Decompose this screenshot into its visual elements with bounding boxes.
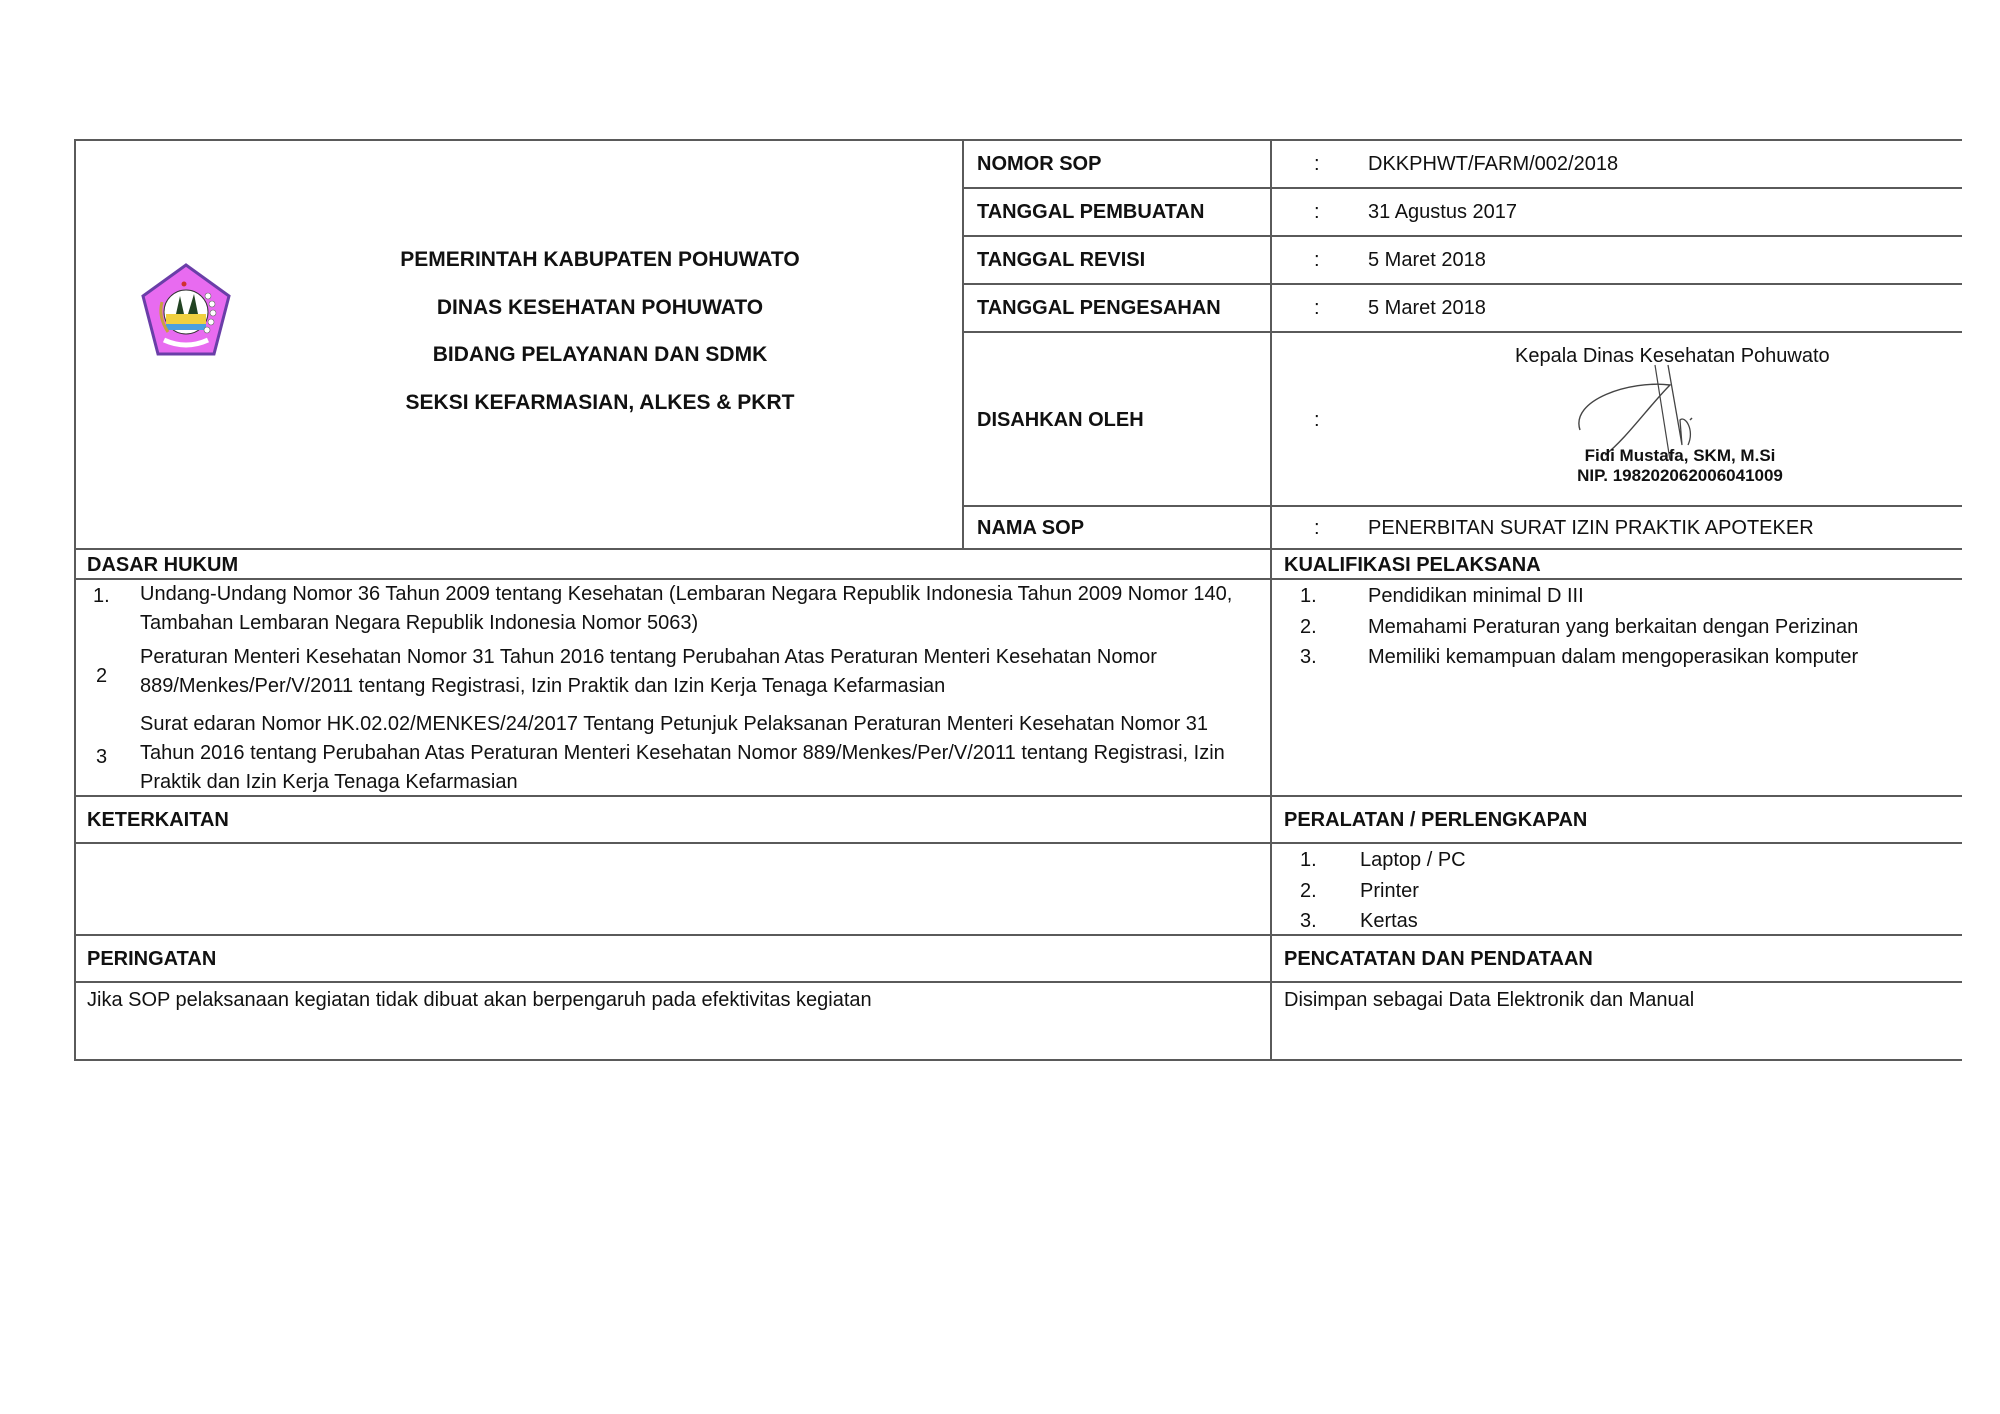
list-number: 2. xyxy=(1300,615,1317,639)
list-item: Surat edaran Nomor HK.02.02/MENKES/24/20… xyxy=(140,710,1266,797)
list-item: Peraturan Menteri Kesehatan Nomor 31 Tah… xyxy=(140,643,1260,701)
info-value: 5 Maret 2018 xyxy=(1368,296,1486,320)
approver-name: Fidi Mustafa, SKM, M.Si xyxy=(1530,446,1830,466)
info-value: PENERBITAN SURAT IZIN PRAKTIK APOTEKER xyxy=(1368,516,1814,540)
info-separator: : xyxy=(1314,296,1320,320)
org-line-division: BIDANG PELAYANAN DAN SDMK xyxy=(280,343,920,367)
row-divider xyxy=(74,548,1962,550)
section-title: PERINGATAN xyxy=(87,947,216,971)
row-divider xyxy=(962,283,1962,285)
list-item: Memiliki kemampuan dalam mengoperasikan … xyxy=(1368,645,1858,669)
info-separator: : xyxy=(1314,200,1320,224)
section-title: KETERKAITAN xyxy=(87,808,229,832)
info-value: 5 Maret 2018 xyxy=(1368,248,1486,272)
info-separator: : xyxy=(1314,248,1320,272)
row-divider xyxy=(962,331,1962,333)
info-separator: : xyxy=(1314,516,1320,540)
info-value: 31 Agustus 2017 xyxy=(1368,200,1517,224)
info-label: TANGGAL REVISI xyxy=(977,248,1145,272)
list-item: Laptop / PC xyxy=(1360,848,1466,872)
row-divider xyxy=(962,235,1962,237)
pohuwato-emblem-icon xyxy=(140,262,232,358)
info-label: NAMA SOP xyxy=(977,516,1084,540)
table-border-left xyxy=(74,139,76,1061)
section-title: PENCATATAN DAN PENDATAAN xyxy=(1284,947,1593,971)
list-item: Memahami Peraturan yang berkaitan dengan… xyxy=(1368,615,1858,639)
list-number: 2. xyxy=(1300,879,1317,903)
row-divider xyxy=(74,842,1962,844)
row-divider xyxy=(74,934,1962,936)
section-title: PERALATAN / PERLENGKAPAN xyxy=(1284,808,1587,832)
section-title: DASAR HUKUM xyxy=(87,553,238,577)
col-divider xyxy=(1270,139,1272,1061)
row-divider xyxy=(962,505,1962,507)
list-number: 3. xyxy=(1300,909,1317,933)
list-item: Printer xyxy=(1360,879,1419,903)
table-border-top xyxy=(74,139,1962,141)
section-title: KUALIFIKASI PELAKSANA xyxy=(1284,553,1541,577)
info-value: DKKPHWT/FARM/002/2018 xyxy=(1368,152,1618,176)
list-number: 3. xyxy=(1300,645,1317,669)
row-divider xyxy=(74,981,1962,983)
info-separator: : xyxy=(1314,152,1320,176)
list-number: 3 xyxy=(96,745,107,769)
col-divider xyxy=(962,139,964,550)
approver-nip: NIP. 198202062006041009 xyxy=(1530,466,1830,486)
list-item: Kertas xyxy=(1360,909,1418,933)
row-divider xyxy=(962,187,1962,189)
info-label: NOMOR SOP xyxy=(977,152,1101,176)
info-label: TANGGAL PENGESAHAN xyxy=(977,296,1221,320)
table-border-bottom xyxy=(74,1059,1962,1061)
section-content: Jika SOP pelaksanaan kegiatan tidak dibu… xyxy=(87,988,872,1012)
info-label: TANGGAL PEMBUATAN xyxy=(977,200,1204,224)
list-number: 1. xyxy=(1300,848,1317,872)
list-number: 1. xyxy=(1300,584,1317,608)
org-line-government: PEMERINTAH KABUPATEN POHUWATO xyxy=(280,248,920,272)
list-number: 1. xyxy=(93,584,110,608)
list-item: Pendidikan minimal D III xyxy=(1368,584,1584,608)
section-content: Disimpan sebagai Data Elektronik dan Man… xyxy=(1284,988,1694,1012)
org-line-department: DINAS KESEHATAN POHUWATO xyxy=(280,296,920,320)
list-number: 2 xyxy=(96,664,107,688)
info-label: DISAHKAN OLEH xyxy=(977,408,1144,432)
org-line-section: SEKSI KEFARMASIAN, ALKES & PKRT xyxy=(280,391,920,415)
info-separator: : xyxy=(1314,408,1320,432)
list-item: Undang-Undang Nomor 36 Tahun 2009 tentan… xyxy=(140,580,1260,638)
